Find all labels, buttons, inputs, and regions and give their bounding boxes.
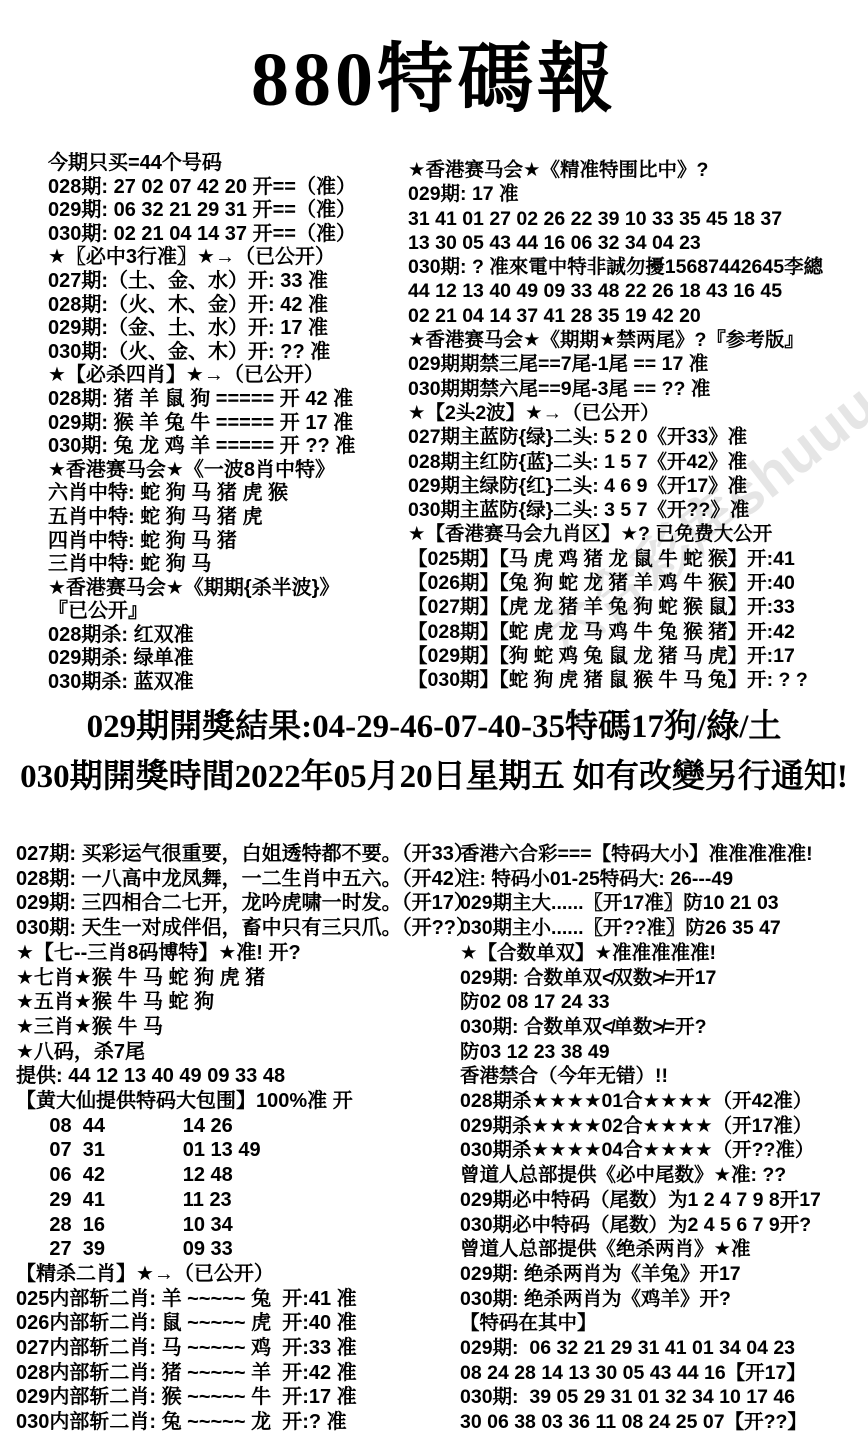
text-line: 08 24 28 14 13 30 05 43 44 16【开17】 <box>460 1361 866 1386</box>
text-line: 030期主小......〖开??准〗防26 35 47 <box>460 916 866 941</box>
text-line: 029内部斩二肖: 猴 ~~~~~ 牛 开:17 准 <box>16 1385 464 1410</box>
text-line: 注: 特码小01-25特码大: 26---49 <box>460 867 866 892</box>
text-line: 026内部斩二肖: 鼠 ~~~~~ 虎 开:40 准 <box>16 1311 464 1336</box>
text-line: 29 41 11 23 <box>16 1188 464 1213</box>
text-line: 【027期】【虎 龙 猪 羊 兔 狗 蛇 猴 鼠】开:33 <box>408 595 866 619</box>
text-line: 提供: 44 12 13 40 49 09 33 48 <box>16 1064 464 1089</box>
text-line: 030期杀: 蓝双准 <box>48 671 418 695</box>
text-line: 030期: ? 准來電中特非誠勿擾15687442645李總 <box>408 255 866 279</box>
text-line: ★香港赛马会★《期期{杀半波}》 <box>48 577 418 601</box>
text-line: 028期主红防{蓝}二头: 1 5 7《开42》准 <box>408 450 866 474</box>
text-line: 029期期禁三尾==7尾-1尾 == 17 准 <box>408 352 866 376</box>
section-bottom-right-predictions: 香港六合彩===【特码大小】准准准准准!注: 特码小01-25特码大: 26--… <box>460 842 866 1435</box>
text-line: 四肖中特: 蛇 狗 马 猪 <box>48 530 418 554</box>
text-line: ★【2头2波】★→（已公开） <box>408 401 866 425</box>
text-line: ★〖必中3行准〗★→（已公开） <box>48 246 418 270</box>
text-line: ★【七--三肖8码博特】★准! 开? <box>16 941 464 966</box>
text-line: 030期主蓝防{绿}二头: 3 5 7《开??》准 <box>408 498 866 522</box>
draw-result-banner: 029期開獎結果:04-29-46-07-40-35特碼17狗/綠/土 030期… <box>0 702 868 802</box>
text-line: 027内部斩二肖: 马 ~~~~~ 鸡 开:33 准 <box>16 1336 464 1361</box>
text-line: 28 16 10 34 <box>16 1213 464 1238</box>
text-line: 027期主蓝防{绿}二头: 5 2 0《开33》准 <box>408 425 866 449</box>
text-line: ★八码，杀7尾 <box>16 1040 464 1065</box>
text-line: 13 30 05 43 44 16 06 32 34 04 23 <box>408 231 866 255</box>
text-line: 029期: 06 32 21 29 31 41 01 34 04 23 <box>460 1336 866 1361</box>
text-line: 029期: 猴 羊 兔 牛 ===== 开 17 准 <box>48 412 418 436</box>
text-line: ★【合数单双】★准准准准准! <box>460 941 866 966</box>
text-line: 30 06 38 03 36 11 08 24 25 07【开??】 <box>460 1410 866 1435</box>
text-line: 【028期】【蛇 虎 龙 马 鸡 牛 兔 猴 猪】开:42 <box>408 620 866 644</box>
text-line: 『已公开』 <box>48 600 418 624</box>
text-line: 防03 12 23 38 49 <box>460 1040 866 1065</box>
text-line: 028期: 27 02 07 42 20 开==（准） <box>48 176 418 200</box>
text-line: 029期主大......〖开17准〗防10 21 03 <box>460 891 866 916</box>
text-line: 029期: 17 准 <box>408 182 866 206</box>
text-line: 【025期】【马 虎 鸡 猪 龙 鼠 牛 蛇 猴】开:41 <box>408 547 866 571</box>
text-line: 今期只买=44个号码 <box>48 152 418 176</box>
text-line: 029期: 绝杀两肖为《羊兔》开17 <box>460 1262 866 1287</box>
text-line: ★香港赛马会★《一波8肖中特》 <box>48 459 418 483</box>
text-line: 030期杀★★★★04合★★★★（开??准） <box>460 1138 866 1163</box>
text-line: 【黄大仙提供特码大包围】100%准 开 <box>16 1089 464 1114</box>
newspaper-page: 880特碼報 今期只买=44个号码028期: 27 02 07 42 20 开=… <box>0 0 868 1448</box>
text-line: 44 12 13 40 49 09 33 48 22 26 18 43 16 4… <box>408 279 866 303</box>
text-line: 香港禁合（今年无错）!! <box>460 1064 866 1089</box>
text-line: 028期: 一八高中龙凤舞，一二生肖中五六。（开42） <box>16 867 464 892</box>
text-line: 五肖中特: 蛇 狗 马 猪 虎 <box>48 506 418 530</box>
page-title: 880特碼報 <box>0 18 868 127</box>
text-line: 【026期】【兔 狗 蛇 龙 猪 羊 鸡 牛 猴】开:40 <box>408 571 866 595</box>
text-line: 030期:（火、金、木）开: ?? 准 <box>48 341 418 365</box>
text-line: 02 21 04 14 37 41 28 35 19 42 20 <box>408 304 866 328</box>
text-line: ★【香港赛马会九肖区】★? 已免费大公开 <box>408 522 866 546</box>
text-line: 防02 08 17 24 33 <box>460 990 866 1015</box>
text-line: ★【必杀四肖】★→（已公开） <box>48 364 418 388</box>
text-line: 028内部斩二肖: 猪 ~~~~~ 羊 开:42 准 <box>16 1361 464 1386</box>
text-line: 029期主绿防{红}二头: 4 6 9《开17》准 <box>408 474 866 498</box>
text-line: 030期期禁六尾==9尾-3尾 == ?? 准 <box>408 377 866 401</box>
text-line: 27 39 09 33 <box>16 1237 464 1262</box>
text-line: 028期:（火、木、金）开: 42 准 <box>48 294 418 318</box>
text-line: 三肖中特: 蛇 狗 马 <box>48 553 418 577</box>
text-line: 06 42 12 48 <box>16 1163 464 1188</box>
text-line: ★香港赛马会★《期期★禁两尾》?『参考版』 <box>408 328 866 352</box>
text-line: 030内部斩二肖: 兔 ~~~~~ 龙 开:? 准 <box>16 1410 464 1435</box>
section-top-right-predictions: ★香港赛马会★《精准特围比中》?029期: 17 准31 41 01 27 02… <box>408 158 866 693</box>
text-line: 曾道人总部提供《绝杀两肖》★准 <box>460 1237 866 1262</box>
text-line: 029期必中特码（尾数）为1 2 4 7 9 8开17 <box>460 1188 866 1213</box>
next-draw-time-line: 030期開獎時間2022年05月20日星期五 如有改變另行通知! <box>0 752 868 802</box>
text-line: 027期: 买彩运气很重要，白姐透特都不要。（开33） <box>16 842 464 867</box>
text-line: 08 44 14 26 <box>16 1114 464 1139</box>
draw-result-line: 029期開獎結果:04-29-46-07-40-35特碼17狗/綠/土 <box>0 702 868 752</box>
text-line: 【030期】【蛇 狗 虎 猪 鼠 猴 牛 马 兔】开: ? ? <box>408 668 866 692</box>
text-line: 029期: 合数单双≮双数≯=开17 <box>460 966 866 991</box>
text-line: 030期: 天生一对成伴侣，畜中只有三只爪。（开??） <box>16 916 464 941</box>
text-line: ★三肖★猴 牛 马 <box>16 1015 464 1040</box>
text-line: ★香港赛马会★《精准特围比中》? <box>408 158 866 182</box>
text-line: 香港六合彩===【特码大小】准准准准准! <box>460 842 866 867</box>
text-line: 028期杀: 红双准 <box>48 624 418 648</box>
text-line: 030期必中特码（尾数）为2 4 5 6 7 9开? <box>460 1213 866 1238</box>
text-line: 028期杀★★★★01合★★★★（开42准） <box>460 1089 866 1114</box>
text-line: 025内部斩二肖: 羊 ~~~~~ 兔 开:41 准 <box>16 1287 464 1312</box>
text-line: 030期: 02 21 04 14 37 开==（准） <box>48 223 418 247</box>
text-line: ★七肖★猴 牛 马 蛇 狗 虎 猪 <box>16 966 464 991</box>
text-line: 030期: 39 05 29 31 01 32 34 10 17 46 <box>460 1385 866 1410</box>
text-line: 31 41 01 27 02 26 22 39 10 33 35 45 18 3… <box>408 207 866 231</box>
text-line: 029期杀: 绿单准 <box>48 647 418 671</box>
text-line: 【精杀二肖】★→（已公开） <box>16 1262 464 1287</box>
text-line: 027期:（土、金、水）开: 33 准 <box>48 270 418 294</box>
text-line: 030期: 合数单双≮单数≯=开? <box>460 1015 866 1040</box>
section-top-left-predictions: 今期只买=44个号码028期: 27 02 07 42 20 开==（准）029… <box>48 152 418 695</box>
text-line: 07 31 01 13 49 <box>16 1138 464 1163</box>
text-line: 028期: 猪 羊 鼠 狗 ===== 开 42 准 <box>48 388 418 412</box>
section-bottom-left-predictions: 027期: 买彩运气很重要，白姐透特都不要。（开33）028期: 一八高中龙凤舞… <box>16 842 464 1435</box>
text-line: 029期杀★★★★02合★★★★（开17准） <box>460 1114 866 1139</box>
text-line: 029期: 06 32 21 29 31 开==（准） <box>48 199 418 223</box>
text-line: 曾道人总部提供《必中尾数》★准: ?? <box>460 1163 866 1188</box>
text-line: 029期:（金、土、水）开: 17 准 <box>48 317 418 341</box>
text-line: 030期: 兔 龙 鸡 羊 ===== 开 ?? 准 <box>48 435 418 459</box>
text-line: 【特码在其中】 <box>460 1311 866 1336</box>
text-line: 030期: 绝杀两肖为《鸡羊》开? <box>460 1287 866 1312</box>
text-line: 六肖中特: 蛇 狗 马 猪 虎 猴 <box>48 482 418 506</box>
text-line: 029期: 三四相合二七开，龙吟虎啸一时发。（开17） <box>16 891 464 916</box>
text-line: ★五肖★猴 牛 马 蛇 狗 <box>16 990 464 1015</box>
text-line: 【029期】【狗 蛇 鸡 兔 鼠 龙 猪 马 虎】开:17 <box>408 644 866 668</box>
